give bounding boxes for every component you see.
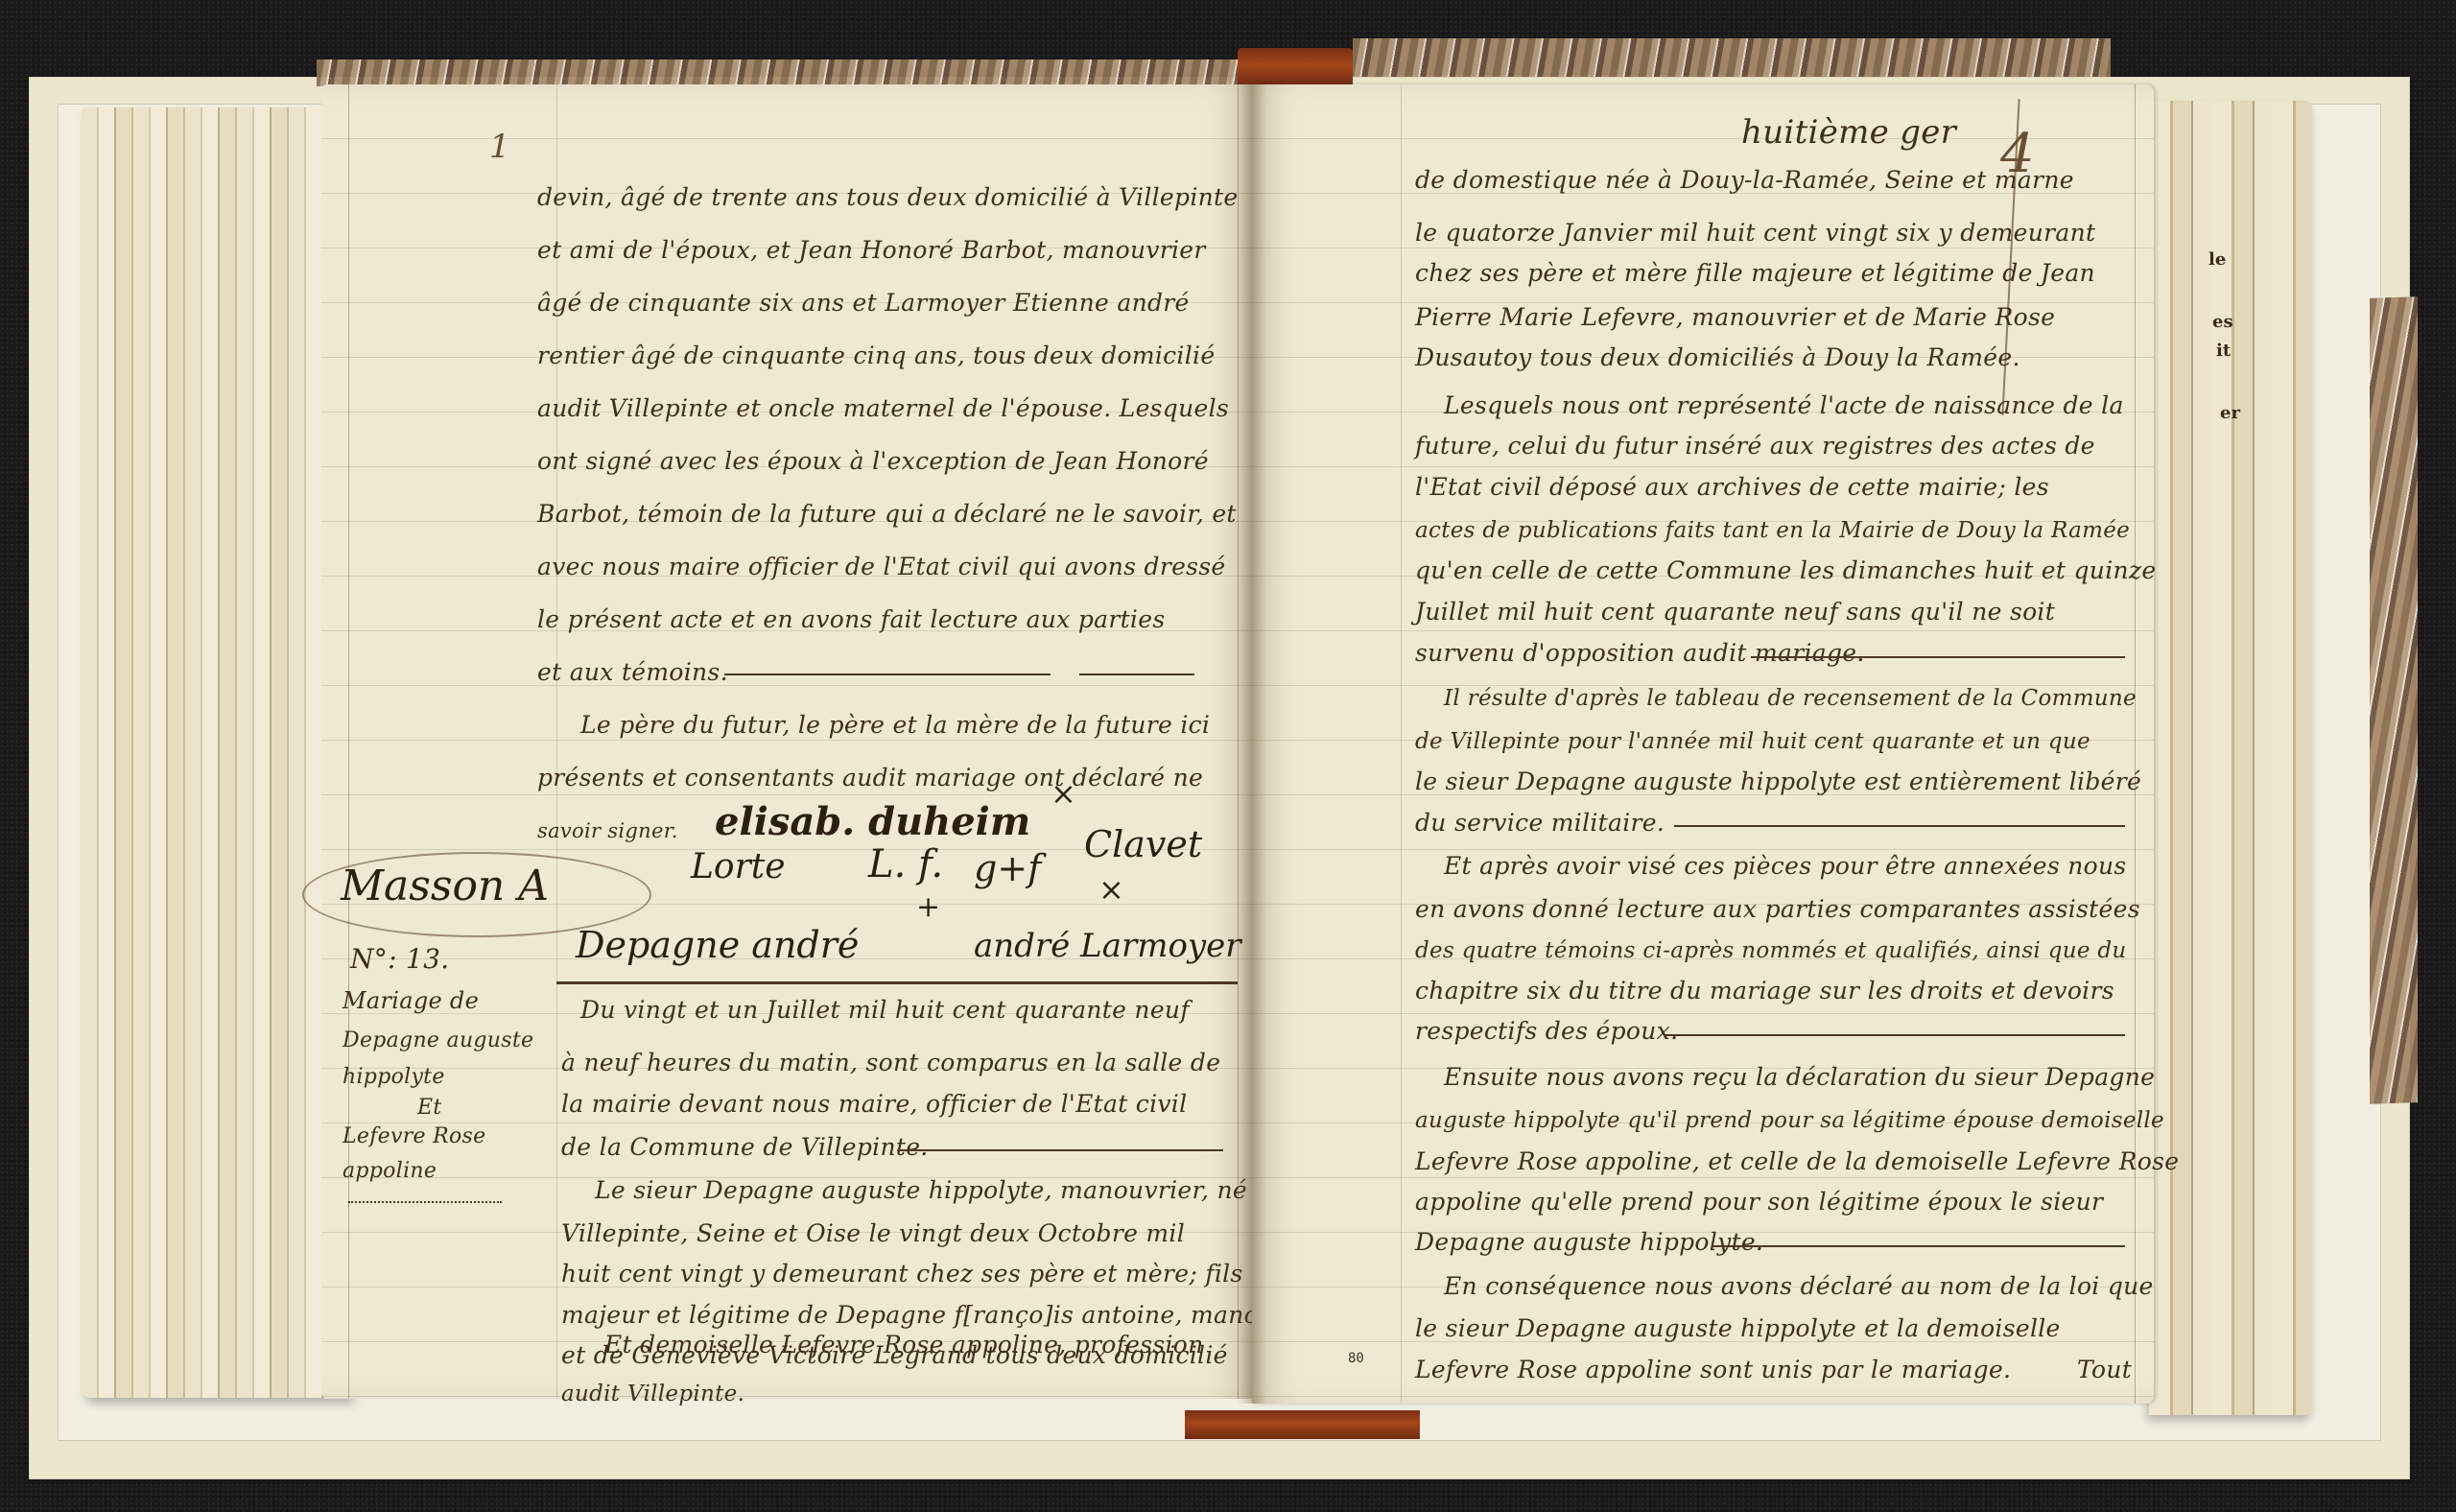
line-filler-dash xyxy=(1751,656,2125,658)
line-filler-dash xyxy=(1079,673,1194,675)
margin-note-line: Depagne auguste xyxy=(342,1027,533,1055)
signature-elisab-duheim: elisab. duheim xyxy=(715,799,1030,844)
text-line: Lefevre Rose appoline, et celle de la de… xyxy=(1415,1147,2179,1176)
signature-plus-mark: + xyxy=(916,890,940,924)
text-line: chapitre six du titre du mariage sur les… xyxy=(1415,977,2114,1005)
text-line: avec nous maire officier de l'Etat civil… xyxy=(537,553,1226,581)
line-filler-dash xyxy=(724,673,1051,675)
signature-depagne-andre: Depagne andré xyxy=(576,924,859,966)
text-line: huit cent vingt y demeurant chez ses pèr… xyxy=(561,1260,1243,1288)
text-line: Du vingt et un Juillet mil huit cent qua… xyxy=(580,996,1190,1025)
text-line: le quatorze Janvier mil huit cent vingt … xyxy=(1415,219,2095,248)
text-line: actes de publications faits tant en la M… xyxy=(1415,516,2130,545)
text-line: future, celui du futur inséré aux regist… xyxy=(1415,432,2095,461)
margin-note-line: hippolyte xyxy=(342,1063,445,1092)
text-line: présents et consentants audit mariage on… xyxy=(537,764,1203,792)
text-line: le sieur Depagne auguste hippolyte et la… xyxy=(1415,1314,2061,1343)
text-line: Ensuite nous avons reçu la déclaration d… xyxy=(1444,1063,2155,1092)
text-line: survenu d'opposition audit mariage. xyxy=(1415,639,1865,668)
text-line: et ami de l'époux, et Jean Honoré Barbot… xyxy=(537,236,1206,265)
bleed-through-text: er xyxy=(2220,403,2240,423)
text-line: Le sieur Depagne auguste hippolyte, mano… xyxy=(595,1176,1269,1205)
signature-clavet: Clavet xyxy=(1084,823,1202,865)
record-number: N°: 13. xyxy=(350,943,449,975)
left-margin-rule xyxy=(1401,84,1402,1404)
text-line: le présent acte et en avons fait lecture… xyxy=(537,605,1165,634)
book-gutter xyxy=(1238,84,1266,1404)
signature-mark-gf: g+f xyxy=(974,847,1041,889)
text-line: chez ses père et mère fille majeure et l… xyxy=(1415,259,2095,288)
text-line: Lefevre Rose appoline sont unis par le m… xyxy=(1415,1356,2011,1384)
line-filler-dash xyxy=(897,1149,1223,1151)
text-line: Tout xyxy=(2077,1356,2132,1384)
bleed-through-text: le xyxy=(2208,249,2226,270)
text-line: auguste hippolyte qu'il prend pour sa lé… xyxy=(1415,1106,2164,1135)
text-line: de la Commune de Villepinte. xyxy=(561,1133,929,1162)
text-line: Et demoiselle Lefevre Rose appoline, pro… xyxy=(604,1331,1204,1359)
text-line: de domestique née à Douy-la-Ramée, Seine… xyxy=(1415,166,2074,195)
text-line: l'Etat civil déposé aux archives de cett… xyxy=(1415,473,2049,502)
text-line: Juillet mil huit cent quarante neuf sans… xyxy=(1415,598,2055,626)
right-page-stack: le es it er xyxy=(2149,101,2312,1415)
marbled-cover-right xyxy=(2370,296,2418,1104)
marbled-cover-top-right xyxy=(1353,38,2111,77)
text-line: majeur et légitime de Depagne f[ranço]is… xyxy=(561,1301,1334,1330)
text-line: âgé de cinquante six ans et Larmoyer Eti… xyxy=(537,289,1190,318)
signature-andre-larmoyer: andré Larmoyer xyxy=(974,927,1241,965)
right-margin-rule xyxy=(2135,84,2136,1404)
leather-spine-top xyxy=(1238,48,1353,86)
text-line: ont signé avec les époux à l'exception d… xyxy=(537,447,1209,476)
text-line: En conséquence nous avons déclaré au nom… xyxy=(1444,1272,2154,1301)
text-line: Le père du futur, le père et la mère de … xyxy=(580,711,1210,740)
text-line: Depagne auguste hippolyte. xyxy=(1415,1228,1763,1257)
text-line: Villepinte, Seine et Oise le vingt deux … xyxy=(561,1219,1185,1248)
text-line: rentier âgé de cinquante cinq ans, tous … xyxy=(537,342,1215,370)
text-line: devin, âgé de trente ans tous deux domic… xyxy=(537,183,1238,212)
right-page: huitième ger 4 de domestique née à Douy-… xyxy=(1252,84,2154,1404)
text-line: audit Villepinte. xyxy=(561,1380,744,1408)
page-number-stamp: 80 xyxy=(1348,1351,1364,1366)
text-line: de Villepinte pour l'année mil huit cent… xyxy=(1415,727,2090,756)
margin-note-line: Mariage de xyxy=(342,986,479,1015)
text-line: en avons donné lecture aux parties compa… xyxy=(1415,895,2140,924)
margin-note-flourish xyxy=(348,1195,502,1203)
bleed-through-text: it xyxy=(2216,341,2231,361)
text-line: respectifs des époux. xyxy=(1415,1017,1678,1046)
line-filler-dash xyxy=(1665,1034,2125,1036)
text-line: la mairie devant nous maire, officier de… xyxy=(561,1090,1187,1119)
leather-spine-bottom xyxy=(1185,1410,1420,1439)
text-line: Lesquels nous ont représenté l'acte de n… xyxy=(1444,391,2124,420)
text-line: du service militaire. xyxy=(1415,809,1665,838)
signature-cross-mark: × xyxy=(1098,871,1124,908)
margin-note-line: Et xyxy=(417,1094,442,1122)
line-filler-dash xyxy=(1712,1245,2125,1247)
marbled-cover-top-left xyxy=(317,59,1238,86)
signature-lorte: Lorte xyxy=(691,847,786,886)
text-line: qu'en celle de cette Commune les dimanch… xyxy=(1415,556,2156,585)
bleed-through-text: es xyxy=(2212,312,2233,332)
signature-mark-lf: L. f. xyxy=(868,842,943,886)
line-filler-dash xyxy=(1674,825,2125,827)
margin-note-line: Lefevre Rose xyxy=(342,1122,485,1151)
text-line: des quatre témoins ci-après nommés et qu… xyxy=(1415,936,2127,965)
text-line: Il résulte d'après le tableau de recense… xyxy=(1444,684,2137,713)
text-line: à neuf heures du matin, sont comparus en… xyxy=(561,1049,1220,1077)
signature-cross-mark: × xyxy=(1051,775,1076,812)
record-separator-rule xyxy=(556,981,1238,984)
text-line: Et après avoir visé ces pièces pour être… xyxy=(1444,852,2127,881)
margin-note-line: appoline xyxy=(342,1157,437,1186)
folio-mark: 1 xyxy=(489,128,510,166)
page-annotation: huitième ger xyxy=(1741,113,1956,152)
text-line: Barbot, témoin de la future qui a déclar… xyxy=(537,500,1237,529)
text-line: Pierre Marie Lefevre, manouvrier et de M… xyxy=(1415,303,2055,332)
text-line: audit Villepinte et oncle maternel de l'… xyxy=(537,394,1229,423)
text-line: savoir signer. xyxy=(537,816,678,845)
left-page: 1 devin, âgé de trente ans tous deux dom… xyxy=(321,84,1252,1399)
text-line: et aux témoins. xyxy=(537,658,728,687)
text-line: appoline qu'elle prend pour son légitime… xyxy=(1415,1188,2103,1217)
text-line: Dusautoy tous deux domiciliés à Douy la … xyxy=(1415,343,2020,372)
text-line: le sieur Depagne auguste hippolyte est e… xyxy=(1415,768,2141,796)
left-page-stack xyxy=(82,107,350,1398)
annotation-column-rule xyxy=(556,84,557,1399)
